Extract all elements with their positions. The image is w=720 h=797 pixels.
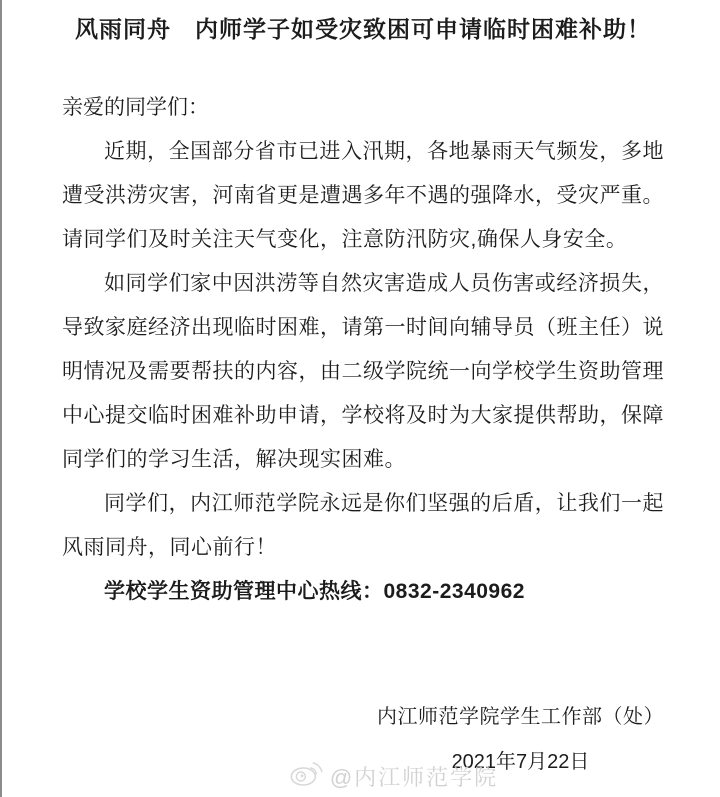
hotline-line: 学校学生资助管理中心热线：0832-2340962 (62, 570, 664, 614)
notice-body: 近期，全国部分省市已进入汛期，各地暴雨天气频发，多地遭受洪涝灾害，河南省更是遭遇… (62, 130, 664, 614)
paragraph-encouragement: 同学们，内江师范学院永远是你们坚强的后盾，让我们一起风雨同舟，同心前行！ (62, 482, 664, 570)
notice-content: 风雨同舟 内师学子如受灾致困可申请临时困难补助！ 亲爱的同学们： 近期，全国部分… (0, 0, 720, 776)
notice-title: 风雨同舟 内师学子如受灾致困可申请临时困难补助！ (62, 12, 664, 46)
notice-page: 风雨同舟 内师学子如受灾致困可申请临时困难补助！ 亲爱的同学们： 近期，全国部分… (0, 0, 720, 797)
weibo-logo-icon (290, 759, 324, 793)
salutation: 亲爱的同学们： (62, 86, 664, 130)
watermark-text: @内江师范学院 (330, 761, 498, 792)
paragraph-flood-warning: 近期，全国部分省市已进入汛期，各地暴雨天气频发，多地遭受洪涝灾害，河南省更是遭遇… (62, 130, 664, 262)
weibo-watermark: @内江师范学院 (290, 759, 498, 793)
left-edge-line (0, 0, 2, 797)
signature-department: 内江师范学院学生工作部（处） (377, 702, 664, 732)
paragraph-subsidy-application: 如同学们家中因洪涝等自然灾害造成人员伤害或经济损失，导致家庭经济出现临时困难，请… (62, 262, 664, 482)
